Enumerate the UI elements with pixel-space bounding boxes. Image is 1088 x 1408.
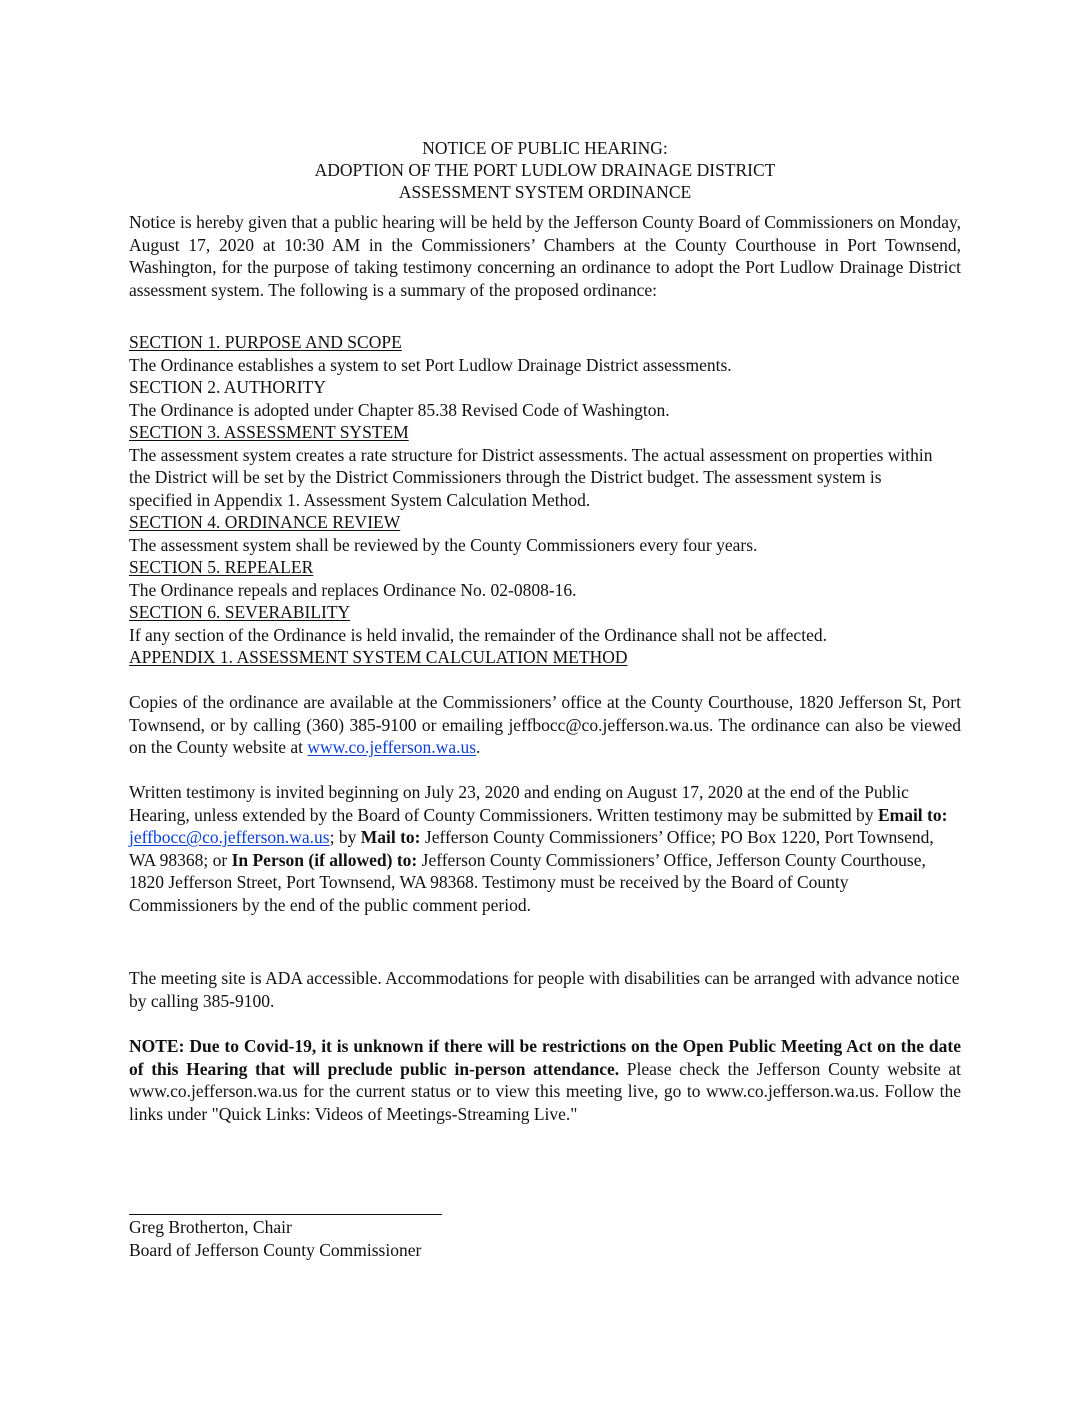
copies-text: Copies of the ordinance are available at… <box>129 692 961 757</box>
section-2-body: The Ordinance is adopted under Chapter 8… <box>129 399 961 422</box>
ordinance-summary: SECTION 1. PURPOSE AND SCOPE The Ordinan… <box>129 331 961 669</box>
ada-paragraph: The meeting site is ADA accessible. Acco… <box>129 967 961 1012</box>
title-line-1: NOTICE OF PUBLIC HEARING: <box>129 137 961 159</box>
section-4-body: The assessment system shall be reviewed … <box>129 534 961 557</box>
section-1-heading: SECTION 1. PURPOSE AND SCOPE <box>129 331 961 354</box>
copies-paragraph: Copies of the ordinance are available at… <box>129 691 961 759</box>
in-person-label: In Person (if allowed) to: <box>232 850 418 870</box>
email-link[interactable]: jeffbocc@co.jefferson.wa.us <box>129 827 330 847</box>
section-2-heading: SECTION 2. AUTHORITY <box>129 376 961 399</box>
county-website-link[interactable]: www.co.jefferson.wa.us <box>307 737 476 757</box>
testimony-text-2: ; by <box>330 827 361 847</box>
section-1-body: The Ordinance establishes a system to se… <box>129 354 961 377</box>
section-5-heading: SECTION 5. REPEALER <box>129 556 961 579</box>
section-5-body: The Ordinance repeals and replaces Ordin… <box>129 579 961 602</box>
testimony-paragraph: Written testimony is invited beginning o… <box>129 781 961 916</box>
section-6-body: If any section of the Ordinance is held … <box>129 624 961 647</box>
covid-note-paragraph: NOTE: Due to Covid-19, it is unknown if … <box>129 1035 961 1125</box>
testimony-text-1: Written testimony is invited beginning o… <box>129 782 909 825</box>
section-3-heading: SECTION 3. ASSESSMENT SYSTEM <box>129 421 961 444</box>
notice-title: NOTICE OF PUBLIC HEARING: ADOPTION OF TH… <box>129 137 961 203</box>
mail-label: Mail to: <box>361 827 421 847</box>
section-3-body: The assessment system creates a rate str… <box>129 444 944 512</box>
appendix-1-heading: APPENDIX 1. ASSESSMENT SYSTEM CALCULATIO… <box>129 646 961 669</box>
email-label: Email to: <box>878 805 948 825</box>
title-line-3: ASSESSMENT SYSTEM ORDINANCE <box>129 181 961 203</box>
signer-title: Board of Jefferson County Commissioner <box>129 1239 961 1262</box>
copies-end: . <box>476 737 480 757</box>
title-line-2: ADOPTION OF THE PORT LUDLOW DRAINAGE DIS… <box>129 159 961 181</box>
signature-block: Greg Brotherton, Chair Board of Jefferso… <box>129 1216 961 1261</box>
section-4-heading: SECTION 4. ORDINANCE REVIEW <box>129 511 961 534</box>
signature-line <box>129 1214 442 1215</box>
signer-name: Greg Brotherton, Chair <box>129 1216 961 1239</box>
section-6-heading: SECTION 6. SEVERABILITY <box>129 601 961 624</box>
intro-paragraph: Notice is hereby given that a public hea… <box>129 211 961 301</box>
